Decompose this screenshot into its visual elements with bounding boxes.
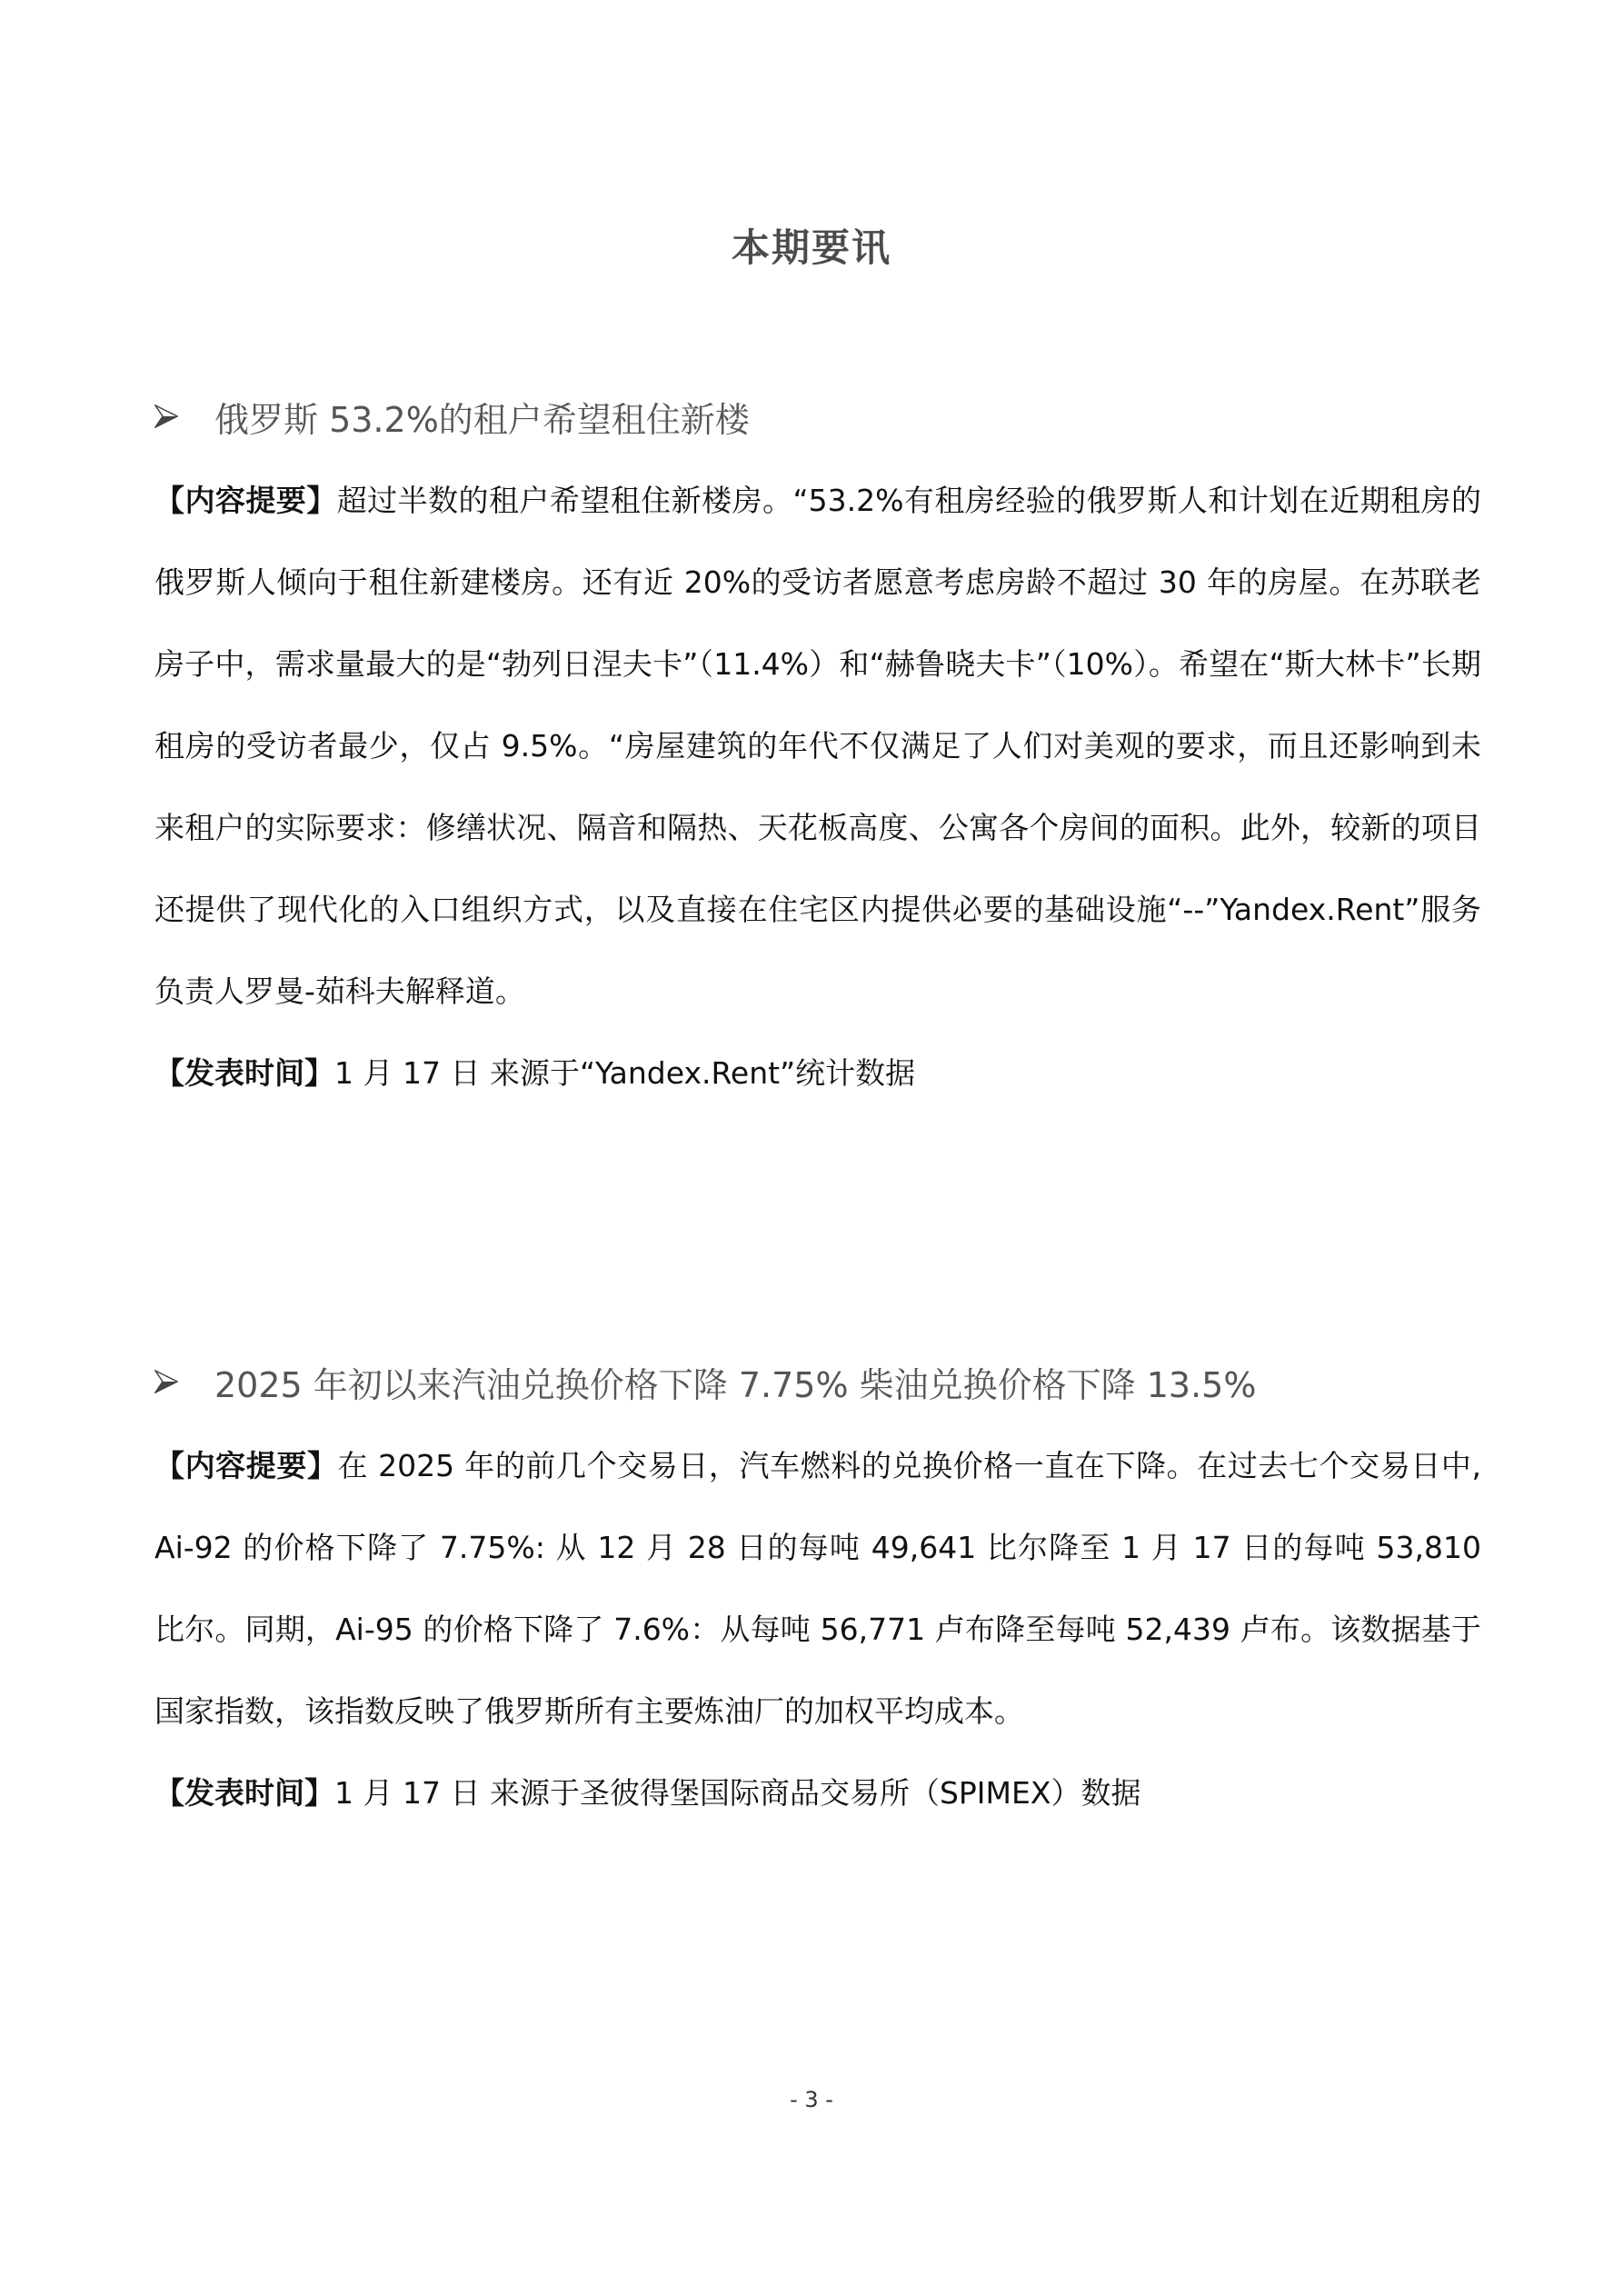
- article-heading-text: 俄罗斯 53.2%的租户希望租住新楼: [214, 392, 750, 442]
- article-rental-new-buildings: 俄罗斯 53.2%的租户希望租住新楼 【内容提要】超过半数的租户希望租住新楼房。…: [154, 389, 1481, 1114]
- summary-label: 【内容提要】: [154, 483, 337, 518]
- article-summary: 【内容提要】在 2025 年的前几个交易日，汽车燃料的兑换价格一直在下降。在过去…: [154, 1425, 1481, 1752]
- article-summary: 【内容提要】超过半数的租户希望租住新楼房。“53.2%有租房经验的俄罗斯人和计划…: [154, 460, 1481, 1033]
- page-number: - 3 -: [0, 2087, 1623, 2112]
- arrow-bullet-icon: [154, 1370, 178, 1393]
- arrow-bullet-icon: [154, 404, 178, 428]
- publish-text: 1 月 17 日 来源于“Yandex.Rent”统计数据: [334, 1055, 915, 1091]
- publish-label: 【发表时间】: [154, 1775, 334, 1811]
- document-page: 本期要讯 俄罗斯 53.2%的租户希望租住新楼 【内容提要】超过半数的租户希望租…: [0, 0, 1623, 2296]
- article-heading: 2025 年初以来汽油兑换价格下降 7.75% 柴油兑换价格下降 13.5%: [154, 1354, 1481, 1409]
- article-publish-info: 【发表时间】1 月 17 日 来源于圣彼得堡国际商品交易所（SPIMEX）数据: [154, 1752, 1481, 1834]
- article-publish-info: 【发表时间】1 月 17 日 来源于“Yandex.Rent”统计数据: [154, 1033, 1481, 1114]
- summary-text: 在 2025 年的前几个交易日，汽车燃料的兑换价格一直在下降。在过去七个交易日中…: [154, 1448, 1481, 1729]
- page-title: 本期要讯: [0, 218, 1623, 273]
- summary-text: 超过半数的租户希望租住新楼房。“53.2%有租房经验的俄罗斯人和计划在近期租房的…: [154, 483, 1481, 1009]
- publish-label: 【发表时间】: [154, 1055, 334, 1091]
- summary-label: 【内容提要】: [154, 1448, 338, 1483]
- article-heading-text: 2025 年初以来汽油兑换价格下降 7.75% 柴油兑换价格下降 13.5%: [214, 1357, 1256, 1407]
- publish-text: 1 月 17 日 来源于圣彼得堡国际商品交易所（SPIMEX）数据: [334, 1775, 1140, 1811]
- article-heading: 俄罗斯 53.2%的租户希望租住新楼: [154, 389, 1481, 444]
- article-fuel-prices: 2025 年初以来汽油兑换价格下降 7.75% 柴油兑换价格下降 13.5% 【…: [154, 1354, 1481, 1834]
